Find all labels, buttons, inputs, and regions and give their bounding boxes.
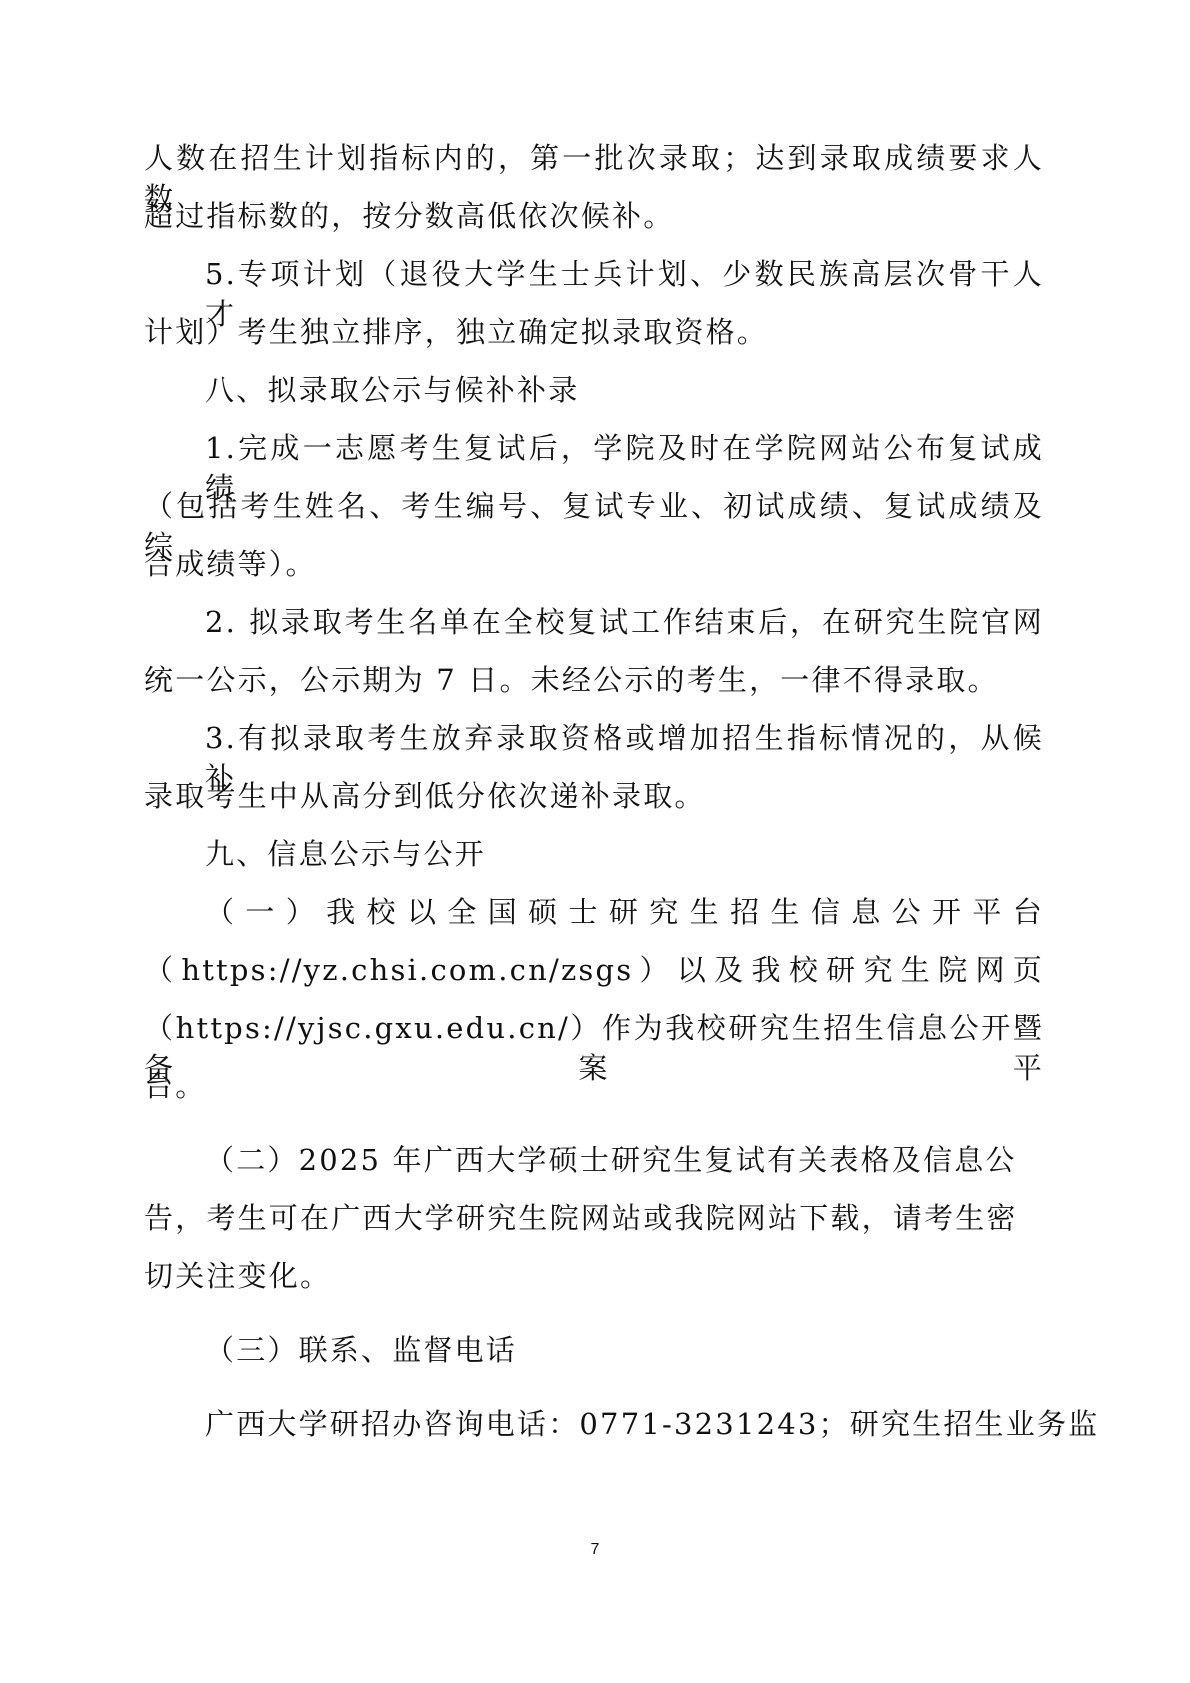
link-line[interactable]: （https://yz.chsi.com.cn/zsgs）以及我校研究生院网页 — [144, 950, 1044, 990]
paragraph-line: 切关注变化。 — [144, 1256, 1044, 1296]
paragraph-line: （一）我校以全国硕士研究生招生信息公开平台 — [205, 892, 1044, 932]
paragraph-line: 告，考生可在广西大学研究生院网站或我院网站下载，请考生密 — [144, 1198, 1044, 1238]
document-page: 人数在招生计划指标内的，第一批次录取；达到录取成绩要求人数 超过指标数的，按分数… — [0, 0, 1190, 1683]
paragraph-line: 台。 — [144, 1066, 1044, 1106]
paragraph-line: 2. 拟录取考生名单在全校复试工作结束后，在研究生院官网 — [205, 602, 1044, 642]
paragraph-line: 录取考生中从高分到低分依次递补录取。 — [144, 776, 1044, 816]
paragraph-line: （三）联系、监督电话 — [205, 1330, 1105, 1370]
paragraph-line: 合成绩等）。 — [144, 544, 1044, 584]
section-heading: 八、拟录取公示与候补补录 — [205, 370, 1105, 410]
section-heading: 九、信息公示与公开 — [205, 834, 1105, 874]
paragraph-line: 超过指标数的，按分数高低依次候补。 — [144, 196, 1044, 236]
paragraph-line: 计划）考生独立排序，独立确定拟录取资格。 — [144, 312, 1044, 352]
page-number: 7 — [0, 1541, 1190, 1559]
paragraph-line: 统一公示，公示期为 7 日。未经公示的考生，一律不得录取。 — [144, 660, 1044, 700]
paragraph-line: 广西大学研招办咨询电话：0771-3231243；研究生招生业务监 — [205, 1404, 1105, 1444]
paragraph-line: （二）2025 年广西大学硕士研究生复试有关表格及信息公 — [205, 1140, 1105, 1180]
